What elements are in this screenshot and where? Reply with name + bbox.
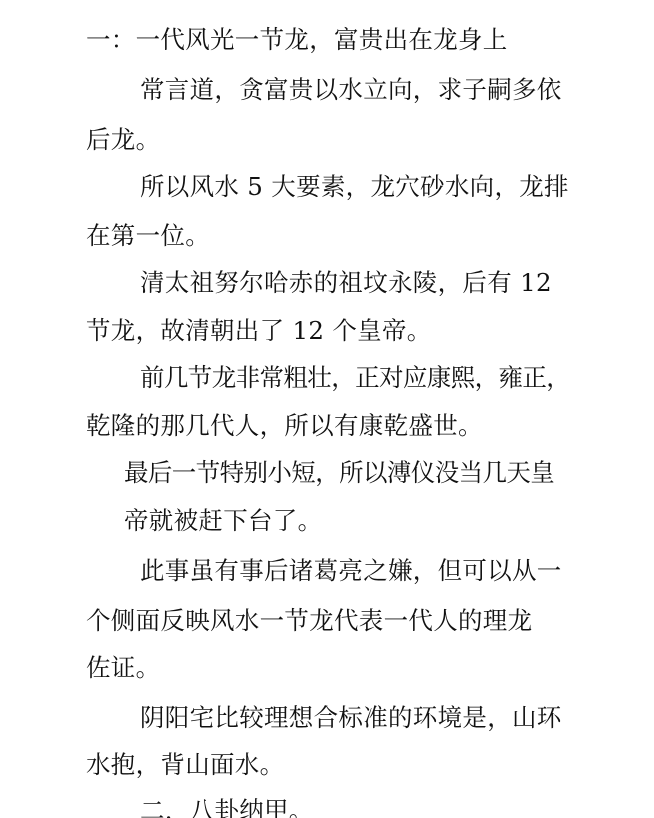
paragraph-line: 乾隆的那几代人，所以有康乾盛世。 [86, 411, 483, 441]
paragraph-line: 此事虽有事后诸葛亮之嫌，但可以从一 [140, 556, 562, 586]
paragraph-line: 后龙。 [86, 125, 160, 155]
paragraph-line: 常言道，贪富贵以水立向，求子嗣多依 [140, 75, 562, 105]
heading-section-two: 二，八卦纳甲。 [140, 796, 314, 818]
paragraph-line: 阴阳宅比较理想合标准的环境是，山环 [140, 703, 562, 733]
paragraph-line: 个侧面反映风水一节龙代表一代人的理龙 [86, 606, 532, 636]
paragraph-line: 所以风水 5 大要素，龙穴砂水向，龙排 [140, 172, 569, 202]
paragraph-line: 节龙，故清朝出了 12 个皇帝。 [86, 316, 432, 346]
paragraph-line: 清太祖努尔哈赤的祖坟永陵，后有 12 [140, 268, 552, 298]
paragraph-line: 佐证。 [86, 653, 160, 683]
paragraph-line: 最后一节特别小短，所以溥仪没当几天皇 [124, 458, 554, 488]
paragraph-line: 水抱，背山面水。 [86, 750, 284, 780]
paragraph-line: 帝就被赶下台了。 [124, 506, 322, 536]
paragraph-line: 前几节龙非常粗壮，正对应康熙，雍正， [140, 363, 570, 393]
document-page: 一：一代风光一节龙，富贵出在龙身上 常言道，贪富贵以水立向，求子嗣多依 后龙。 … [0, 0, 654, 818]
paragraph-line: 在第一位。 [86, 221, 210, 251]
heading-section-one: 一：一代风光一节龙，富贵出在龙身上 [86, 25, 508, 55]
